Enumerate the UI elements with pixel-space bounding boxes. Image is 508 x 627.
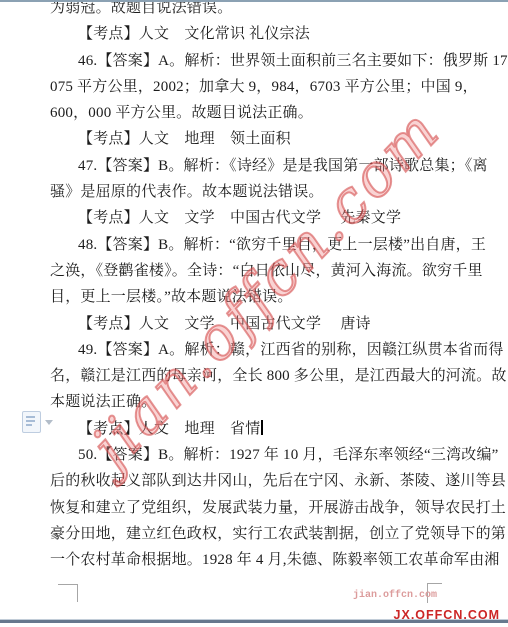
doc-line-text: 本题说法正确。 [50,394,156,410]
doc-line[interactable]: 【考点】人文 文学 中国古代文学 唐诗 [50,311,450,337]
doc-line[interactable]: 之涣，《登鹳雀楼》。全诗：“白日依山尽，黄河入海流。欲穷千里 [50,258,450,284]
doc-line[interactable]: 恢复和建立了党组织，发展武装力量，开展游击战争，领导农民打土 [50,495,450,521]
doc-line-text: 【考点】人文 地理 省情 [78,421,260,437]
doc-line[interactable]: 名，赣江是江西的母亲河，全长 800 多公里，是江西最大的河流。故 [50,363,450,389]
doc-line-text: 为弱冠。故题目说法错误。 [50,0,232,16]
doc-line[interactable]: 【考点】人文 文化常识 礼仪宗法 [50,21,450,47]
footer-site-brand: JX.OFFCN.COM [394,608,500,622]
clipboard-icon [22,411,41,433]
doc-line[interactable]: 一个农村革命根据地。1928 年 4 月,朱德、陈毅率领工农革命军由湘 [50,547,450,573]
doc-line-text: 豪分田地，建立红色政权，实行工农武装割据，创立了党领导下的第 [50,526,506,542]
doc-line[interactable]: 075 平方公里，2002；加拿大 9，984，6703 平方公里；中国 9， [50,74,450,100]
doc-line[interactable]: 50.【答案】B。解析：1927 年 10 月，毛泽东率领经“三湾改编” [50,442,450,468]
doc-line[interactable]: 【考点】人文 文学 中国古代文学 先秦文学 [50,205,450,231]
doc-line-text: 600，000 平方公里。故题目说法正确。 [50,105,313,121]
doc-line[interactable]: 本题说法正确。 [50,389,450,415]
doc-line[interactable]: 600，000 平方公里。故题目说法正确。 [50,100,450,126]
window-top-edge [0,0,508,2]
document-text-area[interactable]: 为弱冠。故题目说法错误。 【考点】人文 文化常识 礼仪宗法 46.【答案】A。解… [50,0,450,574]
doc-line[interactable]: 目，更上一层楼。”故本题说法错误。 [50,284,450,310]
doc-line[interactable]: 为弱冠。故题目说法错误。 [50,0,450,21]
doc-line-text: 恢复和建立了党组织，发展武装力量，开展游击战争，领导农民打土 [50,500,506,516]
word-document-page: jian.offcn.com 为弱冠。故题目说法错误。 【考点】人文 文化常识 … [0,0,508,627]
doc-line-text: 075 平方公里，2002；加拿大 9，984，6703 平方公里；中国 9， [50,79,478,95]
doc-line[interactable]: 豪分田地，建立红色政权，实行工农武装割据，创立了党领导下的第 [50,521,450,547]
doc-line[interactable]: 【考点】人文 地理 领土面积 [50,126,450,152]
doc-line-text: 46.【答案】A。解析：世界领土面积前三名主要如下：俄罗斯 17， [78,53,508,69]
doc-line-text: 后的秋收起义部队到达井冈山，先后在宁冈、永新、茶陵、遂川等县 [50,473,506,489]
doc-line[interactable]: 后的秋收起义部队到达井冈山，先后在宁冈、永新、茶陵、遂川等县 [50,468,450,494]
doc-line[interactable]: 49.【答案】A。解析：赣，江西省的别称，因赣江纵贯本省而得 [50,337,450,363]
text-cursor [261,420,263,435]
doc-line-text: 骚》是屈原的代表作。故本题说法错误。 [50,184,324,200]
doc-line-text: 之涣，《登鹳雀楼》。全诗：“白日依山尽，黄河入海流。欲穷千里 [50,263,483,279]
paste-options-button[interactable] [22,409,62,435]
doc-line-text: 48.【答案】B。解析：“欲穷千里目，更上一层楼”出自唐，王 [78,237,486,253]
doc-line-text: 【考点】人文 地理 领土面积 [78,131,291,147]
footer-margin-mark-left [58,584,78,602]
doc-line-text: 目，更上一层楼。”故本题说法错误。 [50,289,293,305]
doc-line[interactable]: 47.【答案】B。解析：《诗经》是是我国第一部诗歌总集；《离 [50,153,450,179]
doc-line[interactable]: 48.【答案】B。解析：“欲穷千里目，更上一层楼”出自唐，王 [50,232,450,258]
doc-line-text: 49.【答案】A。解析：赣，江西省的别称，因赣江纵贯本省而得 [78,342,504,358]
doc-line-text: 47.【答案】B。解析：《诗经》是是我国第一部诗歌总集；《离 [78,158,488,174]
doc-line[interactable]: 骚》是屈原的代表作。故本题说法错误。 [50,179,450,205]
doc-line-text: 名，赣江是江西的母亲河，全长 800 多公里，是江西最大的河流。故 [50,368,507,384]
doc-line-text: 【考点】人文 文学 中国古代文学 唐诗 [78,316,371,332]
doc-line-text: 【考点】人文 文学 中国古代文学 先秦文学 [78,210,401,226]
doc-line[interactable]: 46.【答案】A。解析：世界领土面积前三名主要如下：俄罗斯 17， [50,48,450,74]
doc-line-text: 一个农村革命根据地。1928 年 4 月,朱德、陈毅率领工农革命军由湘 [50,552,500,568]
chevron-down-icon[interactable] [45,420,53,425]
doc-line-text: 【考点】人文 文化常识 礼仪宗法 [78,26,310,42]
footer-site-url: jian.offcn.com [353,590,437,601]
doc-line[interactable]: 【考点】人文 地理 省情 [50,416,450,442]
doc-line-text: 50.【答案】B。解析：1927 年 10 月，毛泽东率领经“三湾改编” [78,447,499,463]
